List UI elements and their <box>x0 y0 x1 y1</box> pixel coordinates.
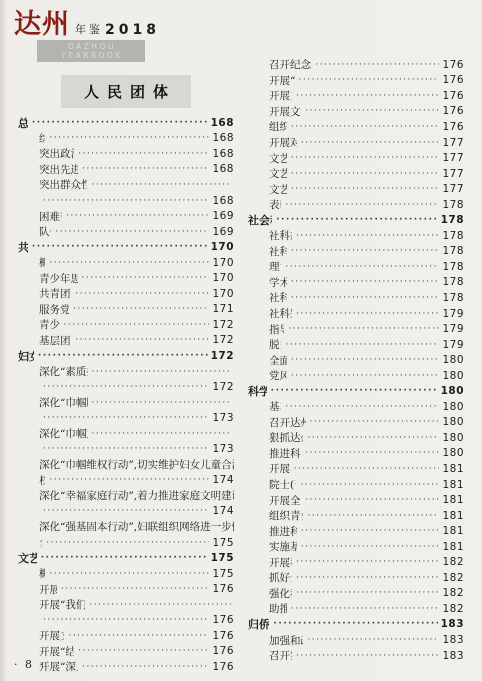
dot-leader: ········································… <box>291 371 440 381</box>
toc-entry-page: 178 <box>442 230 464 242</box>
toc-entry-title: 深化“强基固本行动”,妇联组织网络进一步健 <box>39 519 234 534</box>
toc-item-row: 强化科普阵地建设································… <box>248 586 464 602</box>
toc-entry-page: 176 <box>212 661 234 673</box>
toc-entry-page: 178 <box>442 261 464 273</box>
toc-entry-page: 182 <box>442 603 464 615</box>
dot-leader: ········································… <box>64 320 210 330</box>
toc-entry-page: 176 <box>212 645 234 657</box>
toc-entry-page: 175 <box>212 568 234 580</box>
toc-entry-title: 突出先进性,在服务大局中彰显作为 <box>39 162 78 177</box>
toc-lines-right: 召开纪念《延讲》学习《讲话》座谈会·······················… <box>248 57 464 663</box>
toc-item-row: 服务党政中心展现新作为·····························… <box>18 302 234 318</box>
dot-leader: ········································… <box>82 662 209 672</box>
toc-entry-title: 社科知识宣传普及 <box>269 306 292 321</box>
toc-section-row: 科学技术协会··································… <box>248 383 464 399</box>
dot-leader: ········································… <box>32 118 208 128</box>
dot-leader: ········································… <box>291 604 440 614</box>
logo-year: 2018 <box>105 23 160 37</box>
dot-leader: ········································… <box>43 506 209 516</box>
toc-entry-title: 总工会 <box>18 115 28 131</box>
toc-item-row: 突出政治性,始终坚持党的领导··························… <box>18 146 234 162</box>
toc-entry-title: 归侨侨眷联合会 <box>248 617 269 633</box>
toc-item-row: 开展“深入生活·扎根人民”主题活动·······················… <box>18 659 234 675</box>
toc-entry-page: 180 <box>442 447 464 459</box>
toc-item-row: 困难帮扶得到拓展································… <box>18 208 234 224</box>
dot-leader: ········································… <box>296 588 439 598</box>
toc-entry-page: 180 <box>442 432 464 444</box>
toc-entry-title: 院士(专家)工作站建设 <box>269 477 296 492</box>
toc-item-row: 社科成果转化··································… <box>248 244 464 260</box>
toc-entry-page: 182 <box>442 556 464 568</box>
toc-entry-page: 183 <box>442 634 464 646</box>
toc-item-row: 基层团组织建设取得新成绩····························… <box>18 333 234 349</box>
toc-section-row: 妇女联合会···································… <box>18 348 234 364</box>
dot-leader: ········································… <box>66 211 209 221</box>
dot-leader: ········································… <box>276 215 438 225</box>
toc-item-row: ········································… <box>18 613 234 629</box>
toc-entry-title: 概况 <box>39 255 45 270</box>
toc-item-row: 突出群众性,维权帮扶惠及更多会员职工······················… <box>18 177 234 193</box>
toc-entry-title: 表彰情况 <box>269 197 281 212</box>
toc-item-row: 指导和管理···································… <box>248 321 464 337</box>
toc-item-row: 实施基层科普行动计划······························… <box>248 539 464 555</box>
toc-item-row: 概况······································… <box>18 255 234 271</box>
toc-entry-page: 179 <box>442 339 464 351</box>
dot-leader: ········································… <box>49 569 209 579</box>
toc-item-row: 学术交流活动··································… <box>248 275 464 291</box>
toc-item-row: 开展“文艺志愿服务”······························… <box>248 73 464 89</box>
toc-item-row: 全·······································… <box>18 535 234 551</box>
dot-leader: ········································… <box>43 382 209 392</box>
dot-leader: ········································… <box>300 480 439 490</box>
toc-entry-title: 深化“幸福家庭行动”,着力推进家庭文明建设 <box>39 488 234 503</box>
toc-item-row: 青少年思想政治引领工作不断深化·························… <box>18 270 234 286</box>
toc-entry-page: 180 <box>442 370 464 382</box>
dot-leader: ········································… <box>38 351 208 361</box>
toc-item-row: 召开纪念《延讲》学习《讲话》座谈会·······················… <box>248 57 464 73</box>
toc-entry-page: 176 <box>442 105 464 117</box>
yearbook-toc-page: 达州 年鉴 2018 DAZHOU YEARBOOK 人民团体 总工会·····… <box>0 0 482 681</box>
dot-leader: ········································… <box>291 169 440 179</box>
toc-entry-page: 170 <box>212 257 234 269</box>
dot-leader: ········································… <box>296 557 439 567</box>
toc-entry-title: 开展文艺创作研讨 <box>269 88 292 103</box>
toc-entry-title: 科学技术协会 <box>248 383 267 399</box>
toc-entry-title: 加强和改进对侨胞的思想引领 <box>269 633 303 648</box>
toc-item-row: 开展“结对子·种文化”主题活动·························… <box>18 644 234 660</box>
toc-entry-page: 171 <box>212 303 234 315</box>
dot-leader: ········································… <box>89 600 231 610</box>
toc-entry-page: 176 <box>212 630 234 642</box>
toc-entry-title: 学术交流活动 <box>269 275 287 290</box>
dot-leader: ········································… <box>92 429 231 439</box>
dot-leader: ········································… <box>49 258 209 268</box>
dot-leader: ········································… <box>296 651 439 661</box>
dot-leader: ········································… <box>301 526 440 536</box>
toc-item-row: ········································… <box>18 410 234 426</box>
toc-entry-page: 170 <box>212 272 234 284</box>
toc-entry-page: 181 <box>442 541 464 553</box>
dot-leader: ········································… <box>307 511 439 521</box>
toc-item-row: 文艺人才培养··································… <box>248 166 464 182</box>
toc-item-row: 开展“我们的中国梦·文艺进万家”活动······················… <box>18 597 234 613</box>
toc-entry-title: 文艺创作工程 <box>269 151 287 166</box>
toc-entry-title: 基本情况 <box>269 399 281 414</box>
toc-item-row: 开展“建家交友”································… <box>248 461 464 477</box>
dot-leader: ········································… <box>299 75 440 85</box>
toc-entry-page: 176 <box>442 74 464 86</box>
toc-entry-title: 深化“巾帼维权行动”,切实维护妇女儿童合法 <box>39 457 234 472</box>
dot-leader: ········································… <box>301 138 440 148</box>
toc-item-row: 助推脱贫攻坚··································… <box>248 601 464 617</box>
dot-leader: ········································… <box>75 289 209 299</box>
toc-entry-page: 183 <box>442 650 464 662</box>
toc-item-row: 组织青少年科技教育实践活动···························… <box>248 508 464 524</box>
dot-leader: ········································… <box>43 196 209 206</box>
dot-leader: ········································… <box>291 122 440 132</box>
toc-item-row: 理论宣传····································… <box>248 259 464 275</box>
toc-entry-title: 推进科普人才队伍建设 <box>269 524 297 539</box>
toc-item-row: 深化“素质提升行动”,大力提升女性素质·····················… <box>18 364 234 380</box>
toc-entry-page: 168 <box>212 132 234 144</box>
toc-entry-page: 172 <box>212 381 234 393</box>
toc-entry-title: 开展文艺下基层活动 <box>39 628 64 643</box>
toc-item-row: 队伍建设····································… <box>18 224 234 240</box>
toc-item-row: 院士(专家)工作站建设·····························… <box>248 477 464 493</box>
toc-entry-title: 召开纪念《延讲》学习《讲话》座谈会 <box>269 57 311 72</box>
toc-item-row: 深化“强基固本行动”,妇联组织网络进一步健 <box>18 519 234 535</box>
toc-entry-title: 社科成果转化 <box>269 244 287 259</box>
dot-leader: ········································… <box>92 367 231 377</box>
toc-item-row: 社科规划课题研究································… <box>248 228 464 244</box>
toc-entry-page: 173 <box>212 412 234 424</box>
toc-entry-page: 168 <box>212 148 234 160</box>
yearbook-logo: 达州 年鉴 2018 DAZHOU YEARBOOK <box>14 11 160 62</box>
dot-leader: ········································… <box>41 553 208 563</box>
dot-leader: ········································… <box>296 91 439 101</box>
dot-leader: ········································… <box>291 246 440 256</box>
toc-item-row: 推进科普人才队伍建设······························… <box>248 523 464 539</box>
logo-title-cn: 达州 <box>14 11 70 38</box>
toc-item-row: 社科成果评奖··································… <box>248 290 464 306</box>
toc-item-row: 社科知识宣传普及································… <box>248 306 464 322</box>
dot-leader: ········································… <box>294 464 440 474</box>
toc-entry-page: 177 <box>442 137 464 149</box>
toc-lines-left: 总工会·····································… <box>18 115 234 675</box>
toc-item-row: 深化“幸福家庭行动”,着力推进家庭文明建设 <box>18 488 234 504</box>
toc-item-row: 脱贫攻坚····································… <box>248 337 464 353</box>
toc-entry-page: 175 <box>212 537 234 549</box>
toc-entry-page: 175 <box>211 552 234 564</box>
toc-entry-title: 组织青少年科技教育实践活动 <box>269 508 303 523</box>
toc-column-left: 人民团体 总工会································… <box>18 57 234 675</box>
toc-item-row: 召开第四次侨代会································… <box>248 648 464 664</box>
toc-entry-page: 181 <box>442 494 464 506</box>
toc-entry-page: 172 <box>211 350 234 362</box>
dot-leader: ········································… <box>43 615 209 625</box>
toc-entry-title: 开展“我们的中国梦·文艺进万家”活动 <box>39 597 85 612</box>
toc-item-row: ········································… <box>18 193 234 209</box>
toc-entry-title: 社会科学界联合会 <box>248 212 272 228</box>
toc-entry-page: 174 <box>212 505 234 517</box>
toc-entry-title: 狠抓达州科技馆装修布展工程 <box>269 430 303 445</box>
toc-entry-page: 172 <box>212 334 234 346</box>
toc-entry-title: 开展文艺活动 <box>39 582 57 597</box>
toc-item-row: ········································… <box>18 379 234 395</box>
toc-item-row: 深化“巾帼双创行动”,强力推动妇女发展·····················… <box>18 426 234 442</box>
toc-item-row: 表彰情况····································… <box>248 197 464 213</box>
toc-item-row: 权益······································… <box>18 473 234 489</box>
toc-item-row: 召开达州市科协第三次代表大会··························… <box>248 415 464 431</box>
toc-item-row: 狠抓达州科技馆装修布展工程···························… <box>248 430 464 446</box>
toc-entry-page: 180 <box>441 385 464 397</box>
logo-subtitle-cn: 年鉴 <box>75 24 103 35</box>
toc-entry-title: 深化“素质提升行动”,大力提升女性素质 <box>39 364 88 379</box>
toc-entry-title: 文艺界联合会 <box>18 550 37 566</box>
dot-leader: ········································… <box>296 231 439 241</box>
toc-item-row: 开展文艺下基层活动·······························… <box>18 628 234 644</box>
dot-leader: ········································… <box>291 277 440 287</box>
dot-leader: ········································… <box>73 304 209 314</box>
toc-item-row: 党风廉政建设··································… <box>248 368 464 384</box>
toc-entry-page: 179 <box>442 308 464 320</box>
toc-entry-title: 文艺人才培养 <box>269 166 287 181</box>
dot-leader: ········································… <box>46 538 209 548</box>
toc-entry-page: 177 <box>442 168 464 180</box>
toc-entry-title: 青少年权益维护 <box>39 317 60 332</box>
dot-leader: ········································… <box>82 164 209 174</box>
dot-leader: ········································… <box>315 60 439 70</box>
toc-column-right: 召开纪念《延讲》学习《讲话》座谈会·······················… <box>248 57 464 663</box>
toc-section-row: 文艺界联合会··································… <box>18 550 234 566</box>
toc-entry-page: 176 <box>212 614 234 626</box>
dot-leader: ········································… <box>291 293 440 303</box>
toc-section-row: 总工会·····································… <box>18 115 234 131</box>
toc-item-row: 加强和改进对侨胞的思想引领···························… <box>248 632 464 648</box>
toc-entry-page: 173 <box>212 443 234 455</box>
dot-leader: ········································… <box>273 619 437 629</box>
toc-entry-title: 指导和管理 <box>269 322 284 337</box>
toc-entry-title: 党风廉政建设 <box>269 368 287 383</box>
toc-entry-title: 共青团 <box>18 239 28 255</box>
dot-leader: ········································… <box>288 324 439 334</box>
toc-item-row: ········································… <box>18 441 234 457</box>
toc-entry-page: 182 <box>442 572 464 584</box>
toc-entry-page: 172 <box>212 319 234 331</box>
dot-leader: ········································… <box>82 273 210 283</box>
toc-entry-page: 178 <box>442 199 464 211</box>
toc-entry-title: 深化“巾帼双创行动”,强力推动妇女发展 <box>39 426 88 441</box>
toc-entry-title: 队伍建设 <box>39 224 51 239</box>
toc-entry-title: 开展“文艺志愿服务” <box>269 73 295 88</box>
toc-item-row: 组织采风活动··································… <box>248 119 464 135</box>
toc-entry-title: 社科规划课题研究 <box>269 228 292 243</box>
page-number: · 8 · <box>14 658 45 671</box>
toc-item-row: 深化“巾帼脱贫行动”,助力贫困地区发展·····················… <box>18 395 234 411</box>
toc-item-row: 共青团深化改革取得新突破····························… <box>18 286 234 302</box>
toc-entry-title: 推进科协系统改革各项工作 <box>269 446 301 461</box>
dot-leader: ········································… <box>285 340 439 350</box>
dot-leader: ········································… <box>285 200 439 210</box>
dot-leader: ········································… <box>307 635 439 645</box>
toc-entry-title: 基层团组织建设取得新成绩 <box>39 333 71 348</box>
toc-entry-title: 服务党政中心展现新作为 <box>39 302 69 317</box>
toc-entry-title: 共青团深化改革取得新突破 <box>39 286 71 301</box>
toc-item-row: 基本情况····································… <box>248 399 464 415</box>
toc-item-row: ········································… <box>18 504 234 520</box>
toc-entry-page: 170 <box>212 288 234 300</box>
dot-leader: ········································… <box>32 242 208 252</box>
toc-entry-page: 176 <box>442 90 464 102</box>
dot-leader: ········································… <box>49 133 209 143</box>
dot-leader: ········································… <box>75 335 209 345</box>
dot-leader: ········································… <box>49 475 209 485</box>
toc-entry-title: 开展全民科学素质纲要实施 <box>269 493 301 508</box>
dot-leader: ········································… <box>291 153 440 163</box>
toc-entry-page: 179 <box>442 323 464 335</box>
toc-section-row: 归侨侨眷联合会·································… <box>248 617 464 633</box>
toc-item-row: 文艺阵地建设··································… <box>248 181 464 197</box>
toc-entry-page: 181 <box>442 463 464 475</box>
toc-section-row: 共青团·····································… <box>18 239 234 255</box>
toc-item-row: 全面深化改革··································… <box>248 352 464 368</box>
toc-entry-page: 180 <box>442 401 464 413</box>
toc-entry-page: 180 <box>442 416 464 428</box>
toc-entry-title: 强化科普阵地建设 <box>269 586 292 601</box>
toc-entry-title: 实施基层科普行动计划 <box>269 539 297 554</box>
toc-entry-page: 174 <box>212 474 234 486</box>
dot-leader: ········································… <box>43 413 209 423</box>
toc-item-row: 开展文艺作品展示交流活动····························… <box>248 104 464 120</box>
dot-leader: ········································… <box>92 398 231 408</box>
toc-entry-title: 理论宣传 <box>269 259 281 274</box>
dot-leader: ········································… <box>310 417 440 427</box>
toc-item-row: 抓好企业科协建设································… <box>248 570 464 586</box>
toc-entry-title: 召开达州市科协第三次代表大会 <box>269 415 306 430</box>
toc-entry-title: 突出群众性,维权帮扶惠及更多会员职工 <box>39 177 87 192</box>
toc-entry-title: 开展“结对子·种文化”主题活动 <box>39 644 74 659</box>
toc-item-row: 开展文艺创作研讨································… <box>248 88 464 104</box>
toc-entry-title: 脱贫攻坚 <box>269 337 281 352</box>
toc-entry-page: 176 <box>212 583 234 595</box>
toc-entry-page: 168 <box>212 163 234 175</box>
toc-item-row: 突出先进性,在服务大局中彰显作为························… <box>18 162 234 178</box>
toc-section-row: 社会科学界联合会································… <box>248 212 464 228</box>
dot-leader: ········································… <box>305 495 439 505</box>
toc-entry-title: 开展对外文艺交流活动 <box>269 135 297 150</box>
dot-leader: ········································… <box>291 355 440 365</box>
toc-entry-page: 178 <box>442 292 464 304</box>
toc-entry-page: 176 <box>442 59 464 71</box>
toc-item-row: 概况······································… <box>18 566 234 582</box>
dot-leader: ········································… <box>305 106 439 116</box>
toc-item-row: 青少年权益维护·································… <box>18 317 234 333</box>
toc-entry-title: 深化“巾帼脱贫行动”,助力贫困地区发展 <box>39 395 88 410</box>
dot-leader: ········································… <box>285 262 439 272</box>
dot-leader: ········································… <box>296 573 439 583</box>
dot-leader: ········································… <box>78 646 209 656</box>
toc-entry-page: 180 <box>442 354 464 366</box>
toc-entry-title: 开展科技智库建设 <box>269 555 292 570</box>
toc-item-row: 文艺创作工程··································… <box>248 150 464 166</box>
dot-leader: ········································… <box>301 542 440 552</box>
toc-entry-page: 178 <box>442 245 464 257</box>
toc-entry-title: 全面深化改革 <box>269 353 287 368</box>
dot-leader: ········································… <box>291 184 440 194</box>
logo-title-row: 达州 年鉴 2018 <box>14 11 160 38</box>
chapter-heading: 人民团体 <box>61 75 191 108</box>
toc-entry-title: 社科成果评奖 <box>269 290 287 305</box>
dot-leader: ········································… <box>68 631 209 641</box>
toc-entry-page: 168 <box>211 117 234 129</box>
dot-leader: ········································… <box>285 402 439 412</box>
toc-entry-title: 妇女联合会 <box>18 348 34 364</box>
toc-item-row: 开展全民科学素质纲要实施····························… <box>248 492 464 508</box>
toc-entry-page: 178 <box>441 214 464 226</box>
toc-entry-title: 综述 <box>39 131 45 146</box>
toc-item-row: 综述······································… <box>18 131 234 147</box>
dot-leader: ········································… <box>78 149 209 159</box>
toc-entry-title: 抓好企业科协建设 <box>269 570 292 585</box>
toc-entry-page: 169 <box>212 226 234 238</box>
dot-leader: ········································… <box>43 444 209 454</box>
dot-leader: ········································… <box>307 433 439 443</box>
toc-entry-title: 助推脱贫攻坚 <box>269 601 287 616</box>
toc-entry-title: 组织采风活动 <box>269 119 287 134</box>
toc-item-row: 开展对外文艺交流活动······························… <box>248 135 464 151</box>
toc-entry-page: 177 <box>442 152 464 164</box>
toc-entry-page: 177 <box>442 183 464 195</box>
toc-item-row: 推进科协系统改革各项工作····························… <box>248 446 464 462</box>
dot-leader: ········································… <box>305 448 439 458</box>
toc-entry-page: 181 <box>442 510 464 522</box>
toc-entry-page: 181 <box>442 525 464 537</box>
toc-entry-page: 178 <box>442 276 464 288</box>
dot-leader: ········································… <box>55 227 209 237</box>
toc-entry-title: 开展“建家交友” <box>269 461 290 476</box>
toc-item-row: 开展科技智库建设································… <box>248 555 464 571</box>
toc-entry-page: 176 <box>442 121 464 133</box>
toc-item-row: 深化“巾帼维权行动”,切实维护妇女儿童合法 <box>18 457 234 473</box>
toc-entry-title: 概况 <box>39 566 45 581</box>
toc-entry-title: 困难帮扶得到拓展 <box>39 209 62 224</box>
toc-entry-title: 召开第四次侨代会 <box>269 648 292 663</box>
toc-entry-title: 青少年思想政治引领工作不断深化 <box>39 271 78 286</box>
toc-entry-title: 文艺阵地建设 <box>269 182 287 197</box>
toc-entry-page: 168 <box>212 195 234 207</box>
toc-entry-page: 169 <box>212 210 234 222</box>
dot-leader: ········································… <box>271 386 438 396</box>
toc-entry-page: 170 <box>211 241 234 253</box>
toc-entry-title: 全 <box>39 535 42 550</box>
toc-entry-title: 权益 <box>39 473 45 488</box>
dot-leader: ········································… <box>296 309 439 319</box>
toc-entry-page: 183 <box>441 618 464 630</box>
toc-entry-title: 突出政治性,始终坚持党的领导 <box>39 146 74 161</box>
dot-leader: ········································… <box>91 180 231 190</box>
toc-entry-page: 181 <box>442 479 464 491</box>
toc-entry-page: 182 <box>442 587 464 599</box>
toc-item-row: 开展文艺活动··································… <box>18 581 234 597</box>
toc-entry-title: 开展文艺作品展示交流活动 <box>269 104 301 119</box>
dot-leader: ········································… <box>61 584 210 594</box>
